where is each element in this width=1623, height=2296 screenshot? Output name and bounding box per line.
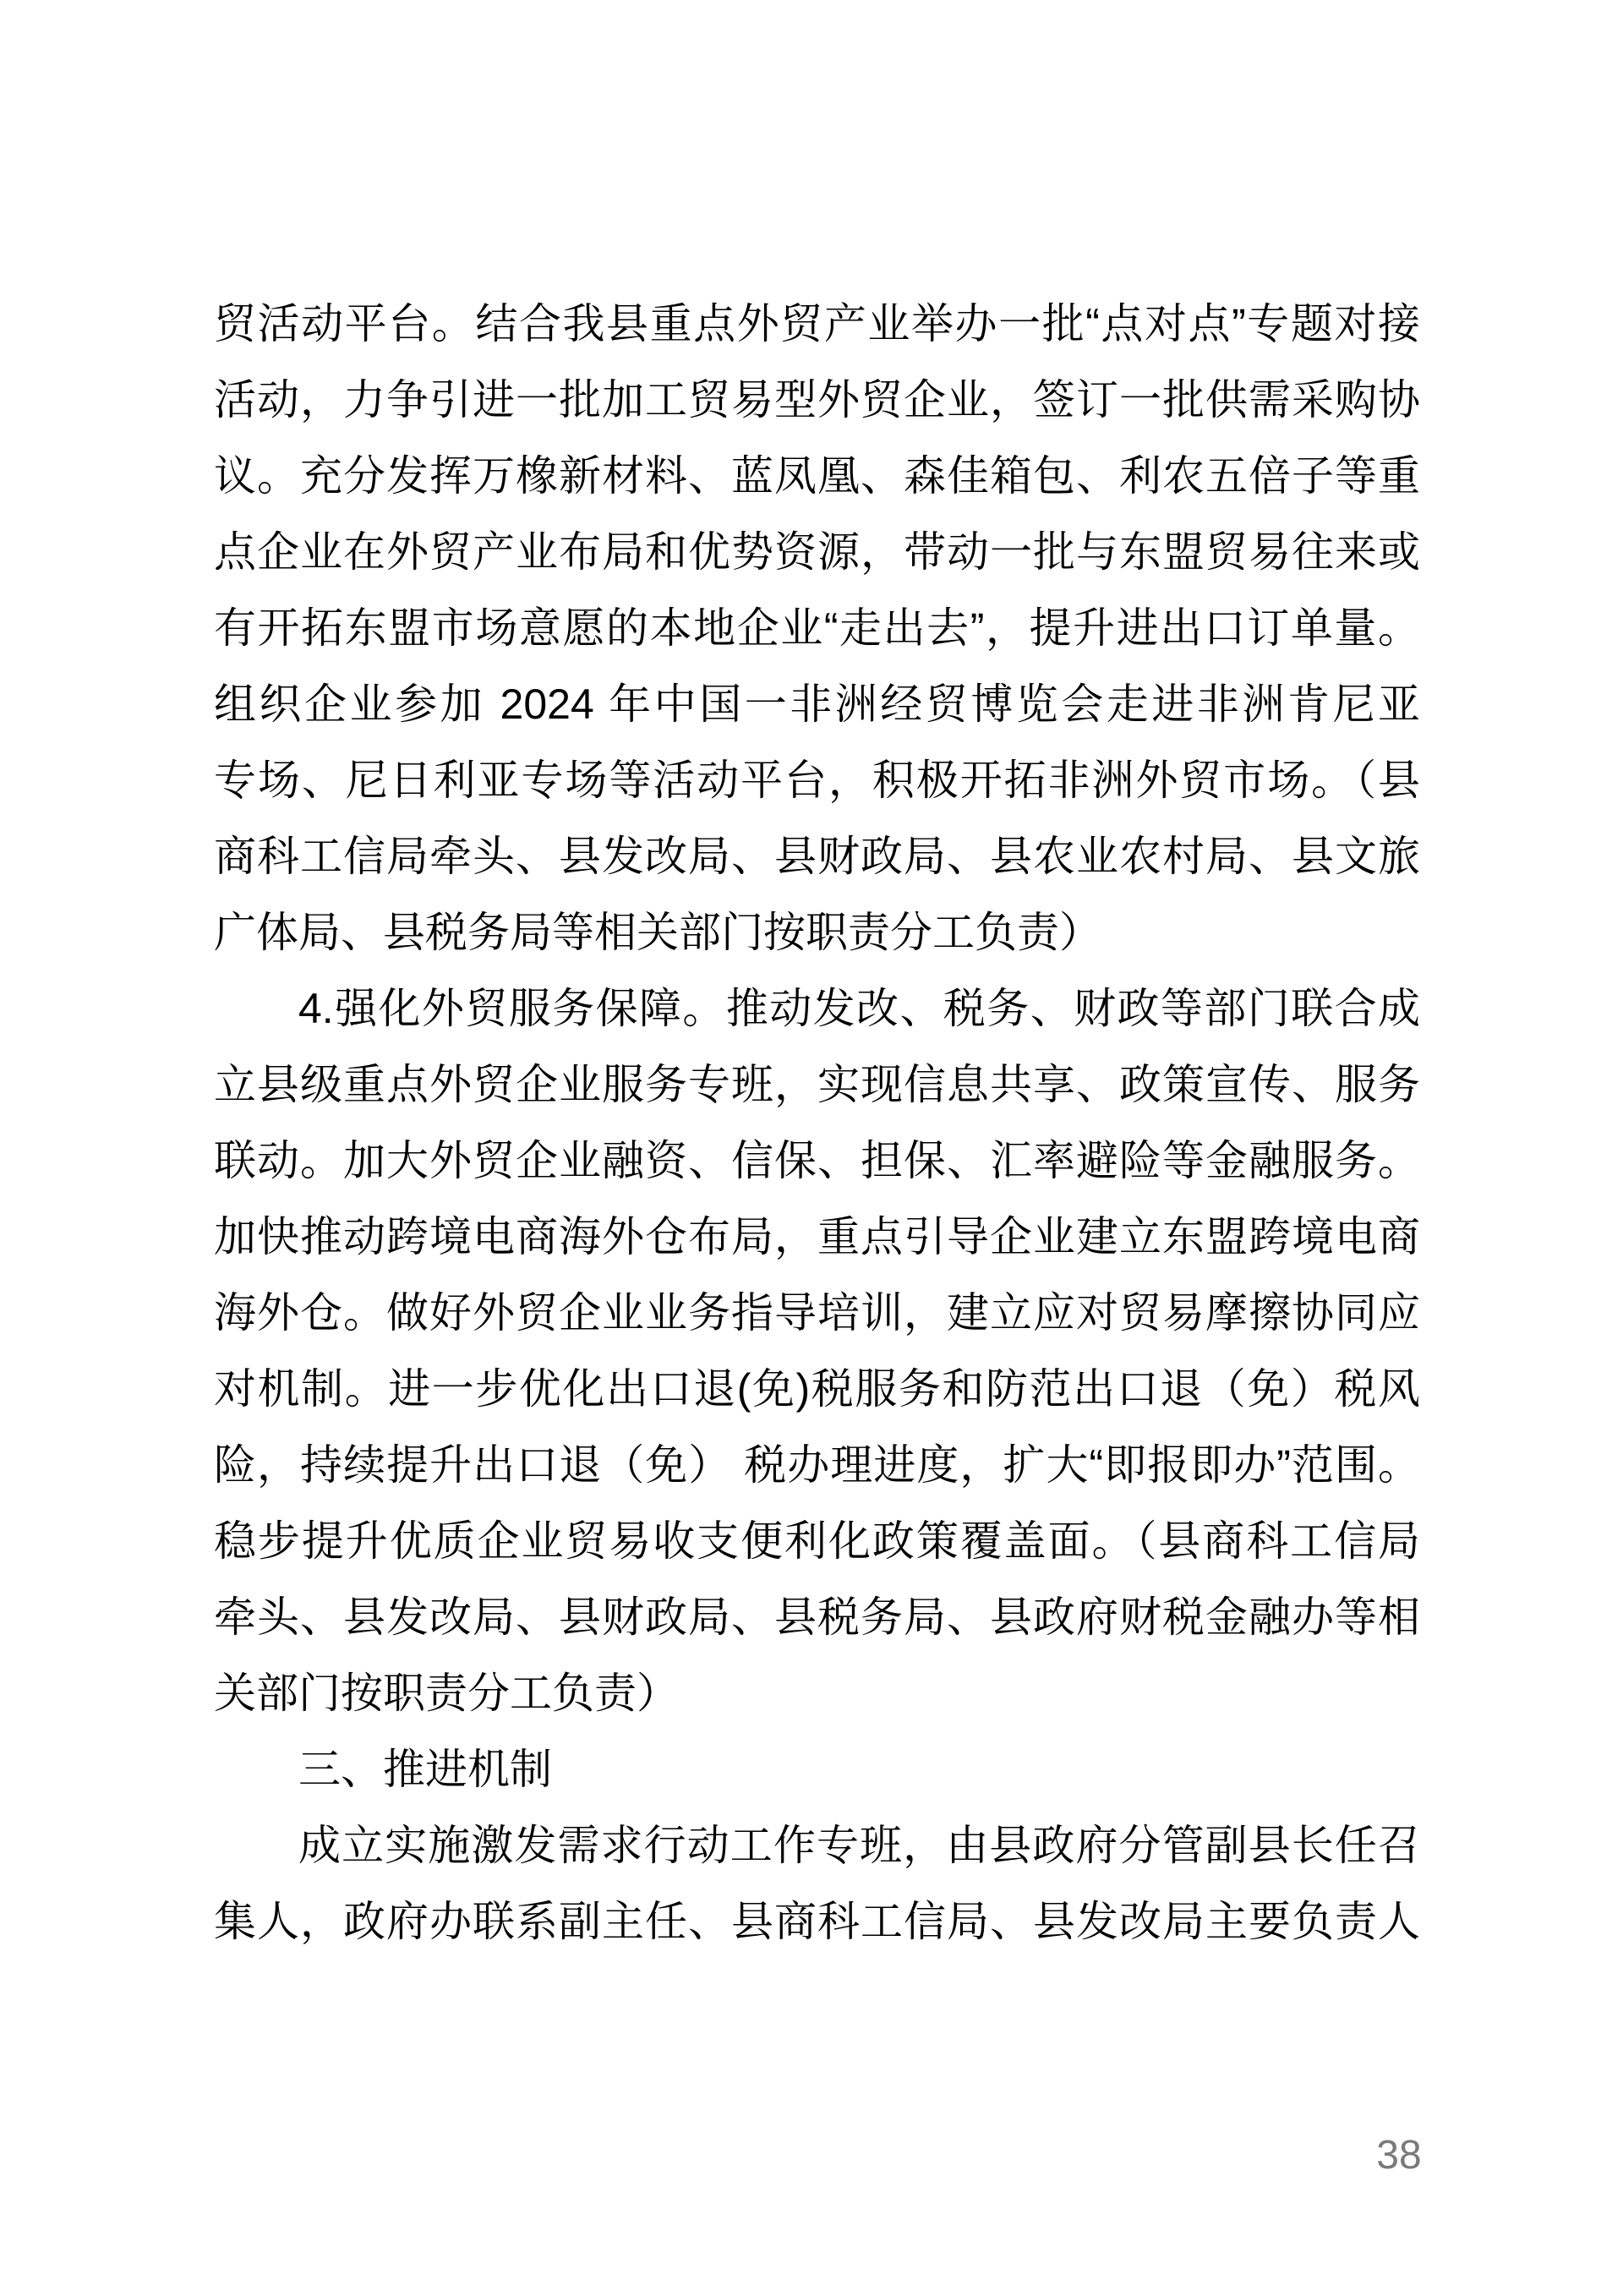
text-line-6: 组织企业参加 2024 年中国一非洲经贸博览会走进非洲肯尼亚 (214, 666, 1420, 742)
text-line-1: 贸活动平台。结合我县重点外贸产业举办一批“点对点”专题对接 (214, 286, 1420, 362)
text-line-2: 活动，力争引进一批加工贸易型外贸企业，签订一批供需采购协 (214, 362, 1420, 438)
text-line-8: 商科工信局牵头、县发改局、县财政局、县农业农村局、县文旅 (214, 818, 1420, 894)
text-line-9: 广体局、县税务局等相关部门按职责分工负责） (214, 894, 1420, 970)
text-line-18: 牵头、县发改局、县财政局、县税务局、县政府财税金融办等相 (214, 1579, 1420, 1655)
text-block: 贸活动平台。结合我县重点外贸产业举办一批“点对点”专题对接活动，力争引进一批加工… (214, 286, 1420, 1960)
page-number: 38 (1357, 2118, 1441, 2194)
text-line-10: 4.强化外贸服务保障。推动发改、税务、财政等部门联合成 (298, 970, 1420, 1047)
text-line-21: 成立实施激发需求行动工作专班，由县政府分管副县长任召 (298, 1807, 1420, 1883)
text-line-14: 海外仓。做好外贸企业业务指导培训，建立应对贸易摩擦协同应 (214, 1275, 1420, 1351)
text-line-5: 有开拓东盟市场意愿的本地企业“走出去”，提升进出口订单量。 (214, 590, 1420, 666)
text-line-22: 集人，政府办联系副主任、县商科工信局、县发改局主要负责人 (214, 1883, 1420, 1960)
text-line-17: 稳步提升优质企业贸易收支便利化政策覆盖面。（县商科工信局 (214, 1503, 1420, 1579)
text-line-12: 联动。加大外贸企业融资、信保、担保、汇率避险等金融服务。 (214, 1123, 1420, 1199)
document-page: 贸活动平台。结合我县重点外贸产业举办一批“点对点”专题对接活动，力争引进一批加工… (0, 0, 1623, 2296)
text-line-4: 点企业在外贸产业布局和优势资源，带动一批与东盟贸易往来或 (214, 514, 1420, 590)
text-line-15: 对机制。进一步优化出口退(免)税服务和防范出口退（免）税风 (214, 1351, 1420, 1427)
text-line-20: 三、推进机制 (298, 1731, 1420, 1807)
text-line-11: 立县级重点外贸企业服务专班，实现信息共享、政策宣传、服务 (214, 1047, 1420, 1123)
text-line-3: 议。充分发挥万橡新材料、蓝凤凰、森佳箱包、利农五倍子等重 (214, 438, 1420, 514)
text-line-16: 险，持续提升出口退（免） 税办理进度，扩大“即报即办”范围。 (214, 1427, 1420, 1503)
text-line-19: 关部门按职责分工负责） (214, 1655, 1420, 1731)
text-line-7: 专场、尼日利亚专场等活动平台，积极开拓非洲外贸市场。（县 (214, 742, 1420, 818)
text-line-13: 加快推动跨境电商海外仓布局，重点引导企业建立东盟跨境电商 (214, 1199, 1420, 1275)
